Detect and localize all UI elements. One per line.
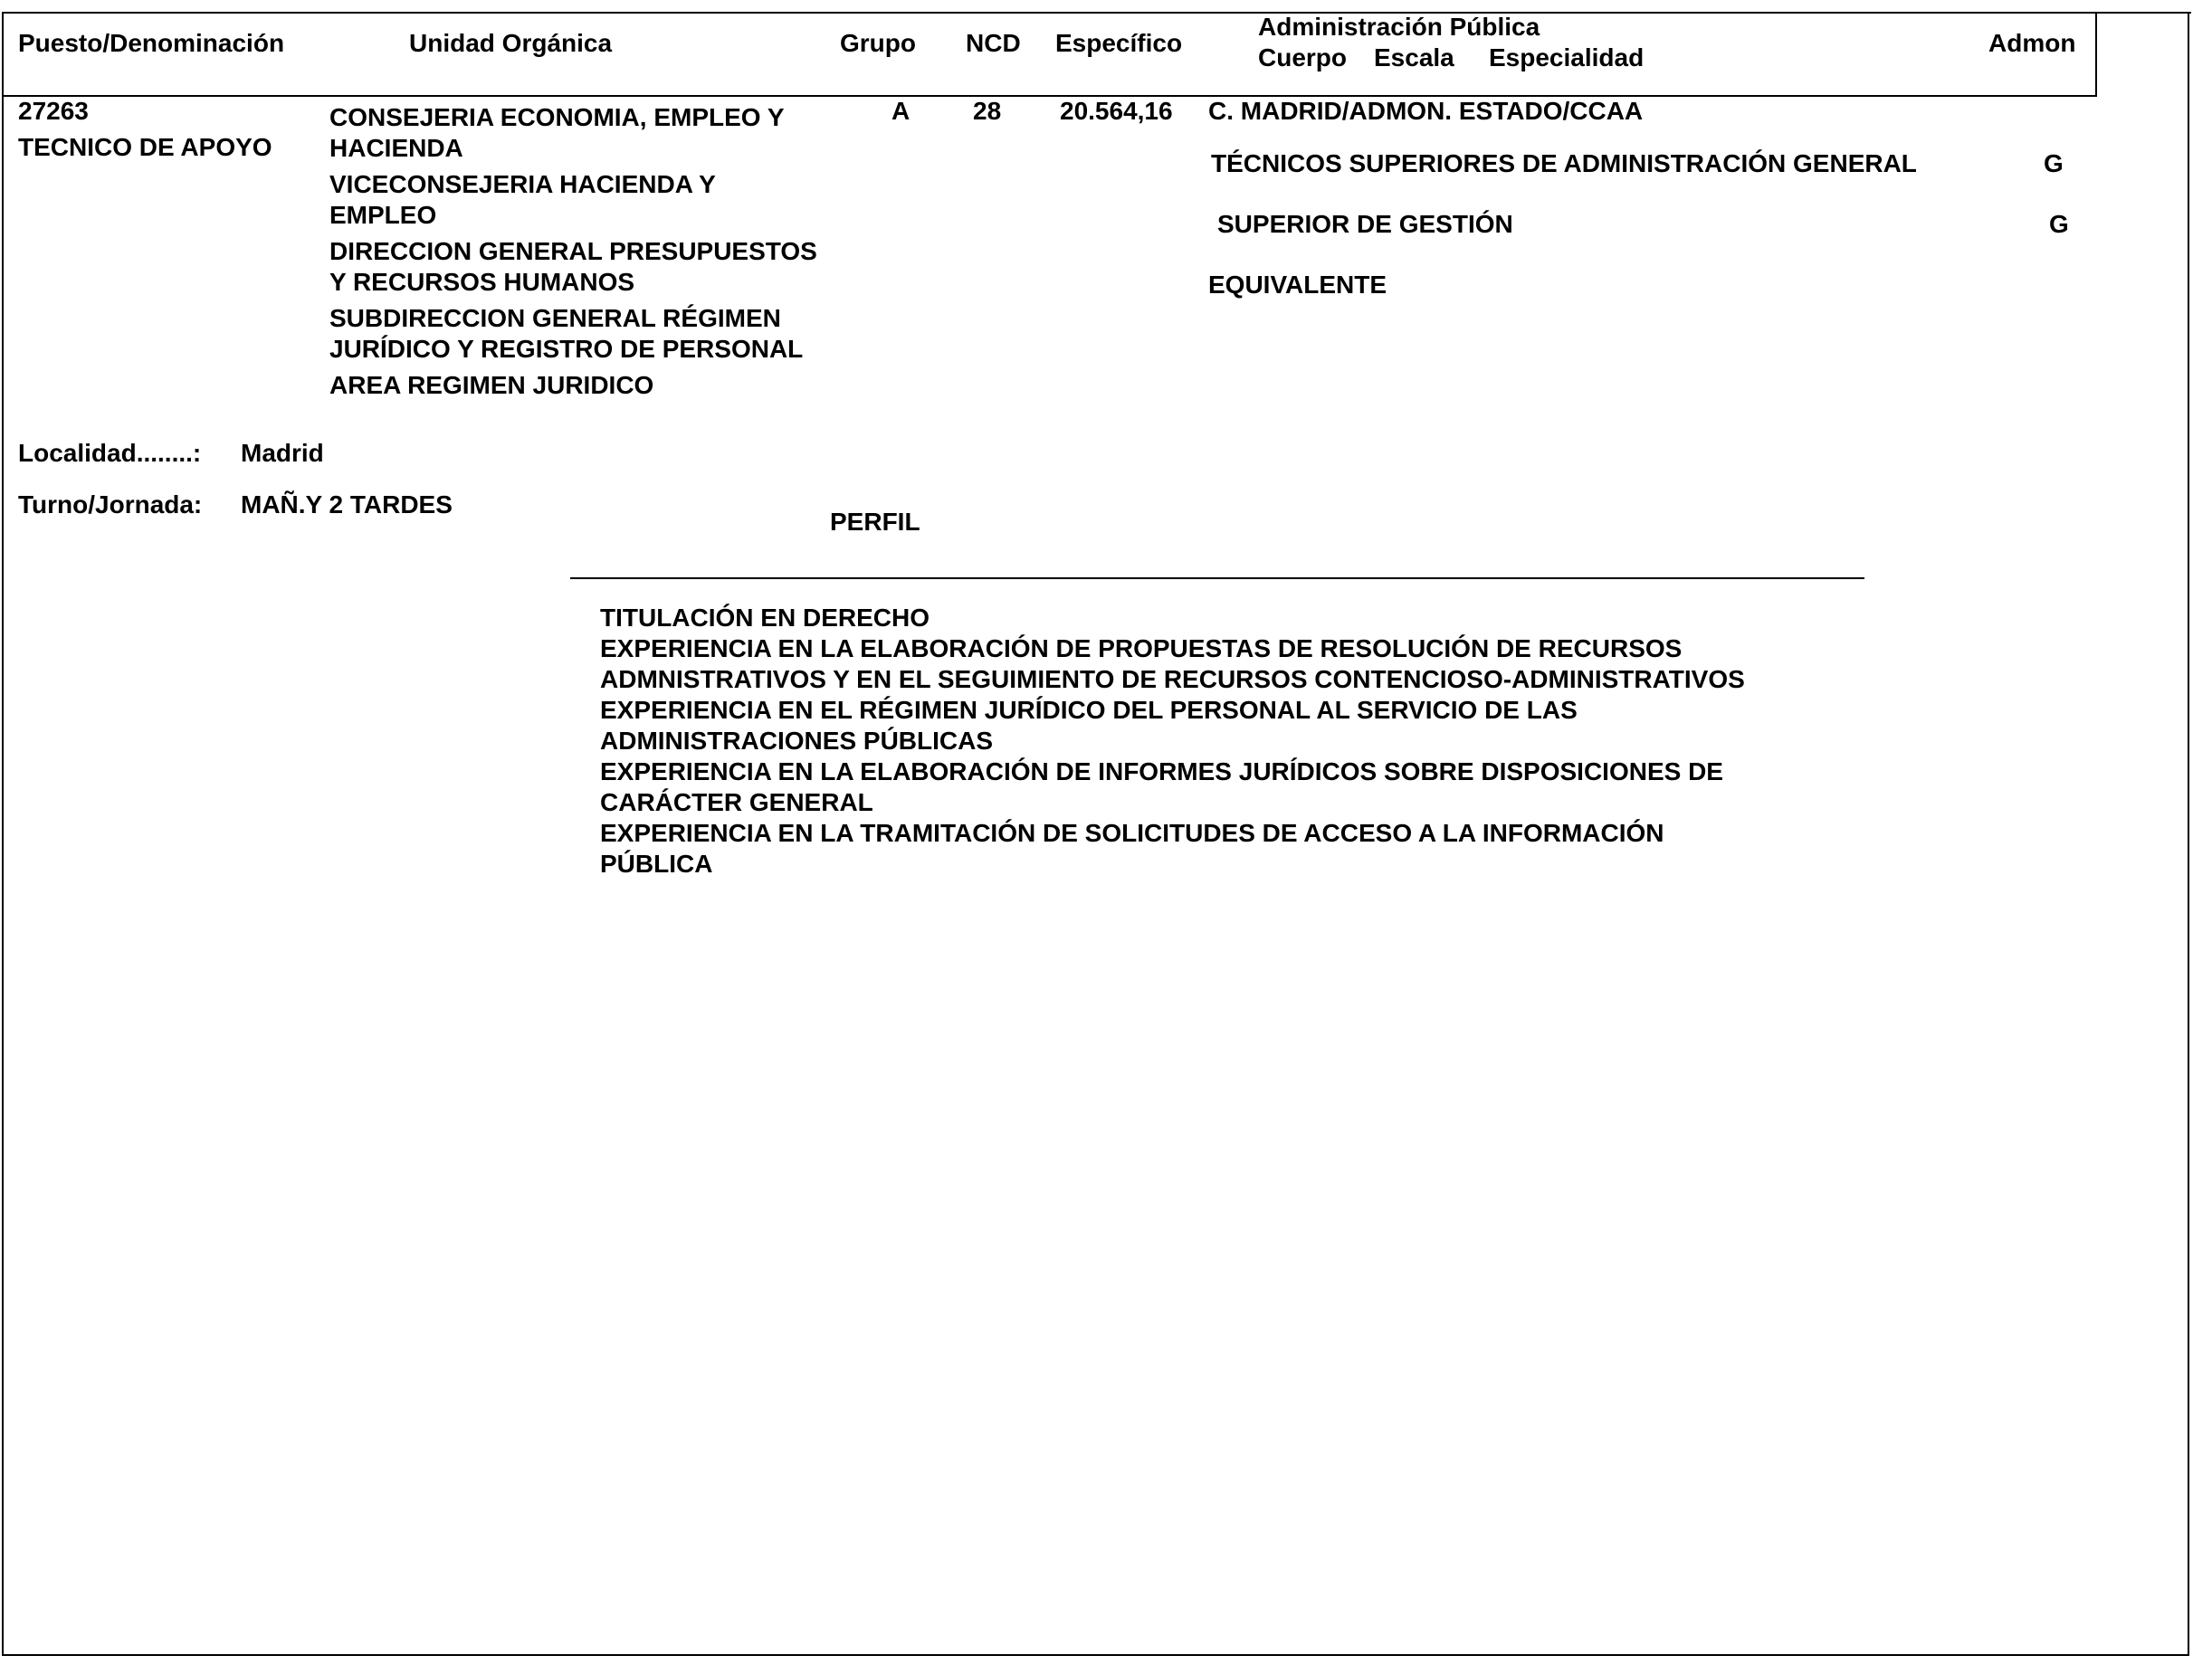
perfil-line: PÚBLICA xyxy=(600,849,1745,880)
unidad-line: SUBDIRECCION GENERAL RÉGIMEN xyxy=(329,303,817,334)
header-escala: Escala xyxy=(1374,43,1454,72)
header-especialidad: Especialidad xyxy=(1489,43,1644,72)
escala-admon-value: G xyxy=(2049,209,2069,240)
header-especifico: Específico xyxy=(1055,29,1182,58)
perfil-line: ADMINISTRACIONES PÚBLICAS xyxy=(600,726,1745,756)
header-unidad-organica: Unidad Orgánica xyxy=(409,29,612,58)
unidad-line: VICECONSEJERIA HACIENDA Y xyxy=(329,169,817,200)
especifico-value: 20.564,16 xyxy=(1060,96,1173,127)
unidad-line: AREA REGIMEN JURIDICO xyxy=(329,370,817,401)
header-cuerpo: Cuerpo xyxy=(1258,43,1347,72)
especialidad-value: EQUIVALENTE xyxy=(1208,270,1387,300)
table-header-box xyxy=(2,12,2097,97)
header-puesto: Puesto/Denominación xyxy=(18,29,284,58)
localidad-label: Localidad........: xyxy=(18,438,201,469)
unidad-line: EMPLEO xyxy=(329,200,817,231)
perfil-line: TITULACIÓN EN DERECHO xyxy=(600,603,1745,633)
turno-value: MAÑ.Y 2 TARDES xyxy=(241,490,453,520)
cuerpo-value: TÉCNICOS SUPERIORES DE ADMINISTRACIÓN GE… xyxy=(1211,148,1917,179)
header-admon: Admon xyxy=(1988,29,2075,58)
header-grupo: Grupo xyxy=(840,29,916,58)
header-ncd: NCD xyxy=(966,29,1021,58)
perfil-requirements: TITULACIÓN EN DERECHO EXPERIENCIA EN LA … xyxy=(600,603,1745,880)
perfil-line: EXPERIENCIA EN LA ELABORACIÓN DE PROPUES… xyxy=(600,633,1745,664)
turno-label: Turno/Jornada: xyxy=(18,490,202,520)
perfil-line: EXPERIENCIA EN EL RÉGIMEN JURÍDICO DEL P… xyxy=(600,695,1745,726)
unidad-line: CONSEJERIA ECONOMIA, EMPLEO Y xyxy=(329,102,817,133)
cuerpo-admon-value: G xyxy=(2044,148,2064,179)
unidad-line: DIRECCION GENERAL PRESUPUESTOS xyxy=(329,236,817,267)
puesto-denominacion: TECNICO DE APOYO xyxy=(18,132,272,163)
header-administracion-publica: Administración Pública xyxy=(1258,13,1540,42)
perfil-line: EXPERIENCIA EN LA TRAMITACIÓN DE SOLICIT… xyxy=(600,818,1745,849)
document-frame-top-edge xyxy=(2097,12,2191,14)
puesto-codigo: 27263 xyxy=(18,96,89,127)
perfil-divider xyxy=(570,577,1864,579)
perfil-title: PERFIL xyxy=(830,507,920,538)
perfil-line: EXPERIENCIA EN LA ELABORACIÓN DE INFORME… xyxy=(600,756,1745,787)
escala-value: SUPERIOR DE GESTIÓN xyxy=(1217,209,1513,240)
unidad-line: Y RECURSOS HUMANOS xyxy=(329,267,817,298)
perfil-line: ADMNISTRATIVOS Y EN EL SEGUIMIENTO DE RE… xyxy=(600,664,1745,695)
unidad-line: JURÍDICO Y REGISTRO DE PERSONAL xyxy=(329,334,817,365)
ncd-value: 28 xyxy=(973,96,1001,127)
localidad-value: Madrid xyxy=(241,438,324,469)
perfil-line: CARÁCTER GENERAL xyxy=(600,787,1745,818)
administracion-value: C. MADRID/ADMON. ESTADO/CCAA xyxy=(1208,96,1643,127)
unidad-line: HACIENDA xyxy=(329,133,817,164)
unidad-organica-list: CONSEJERIA ECONOMIA, EMPLEO Y HACIENDA V… xyxy=(329,102,817,401)
grupo-value: A xyxy=(891,96,910,127)
